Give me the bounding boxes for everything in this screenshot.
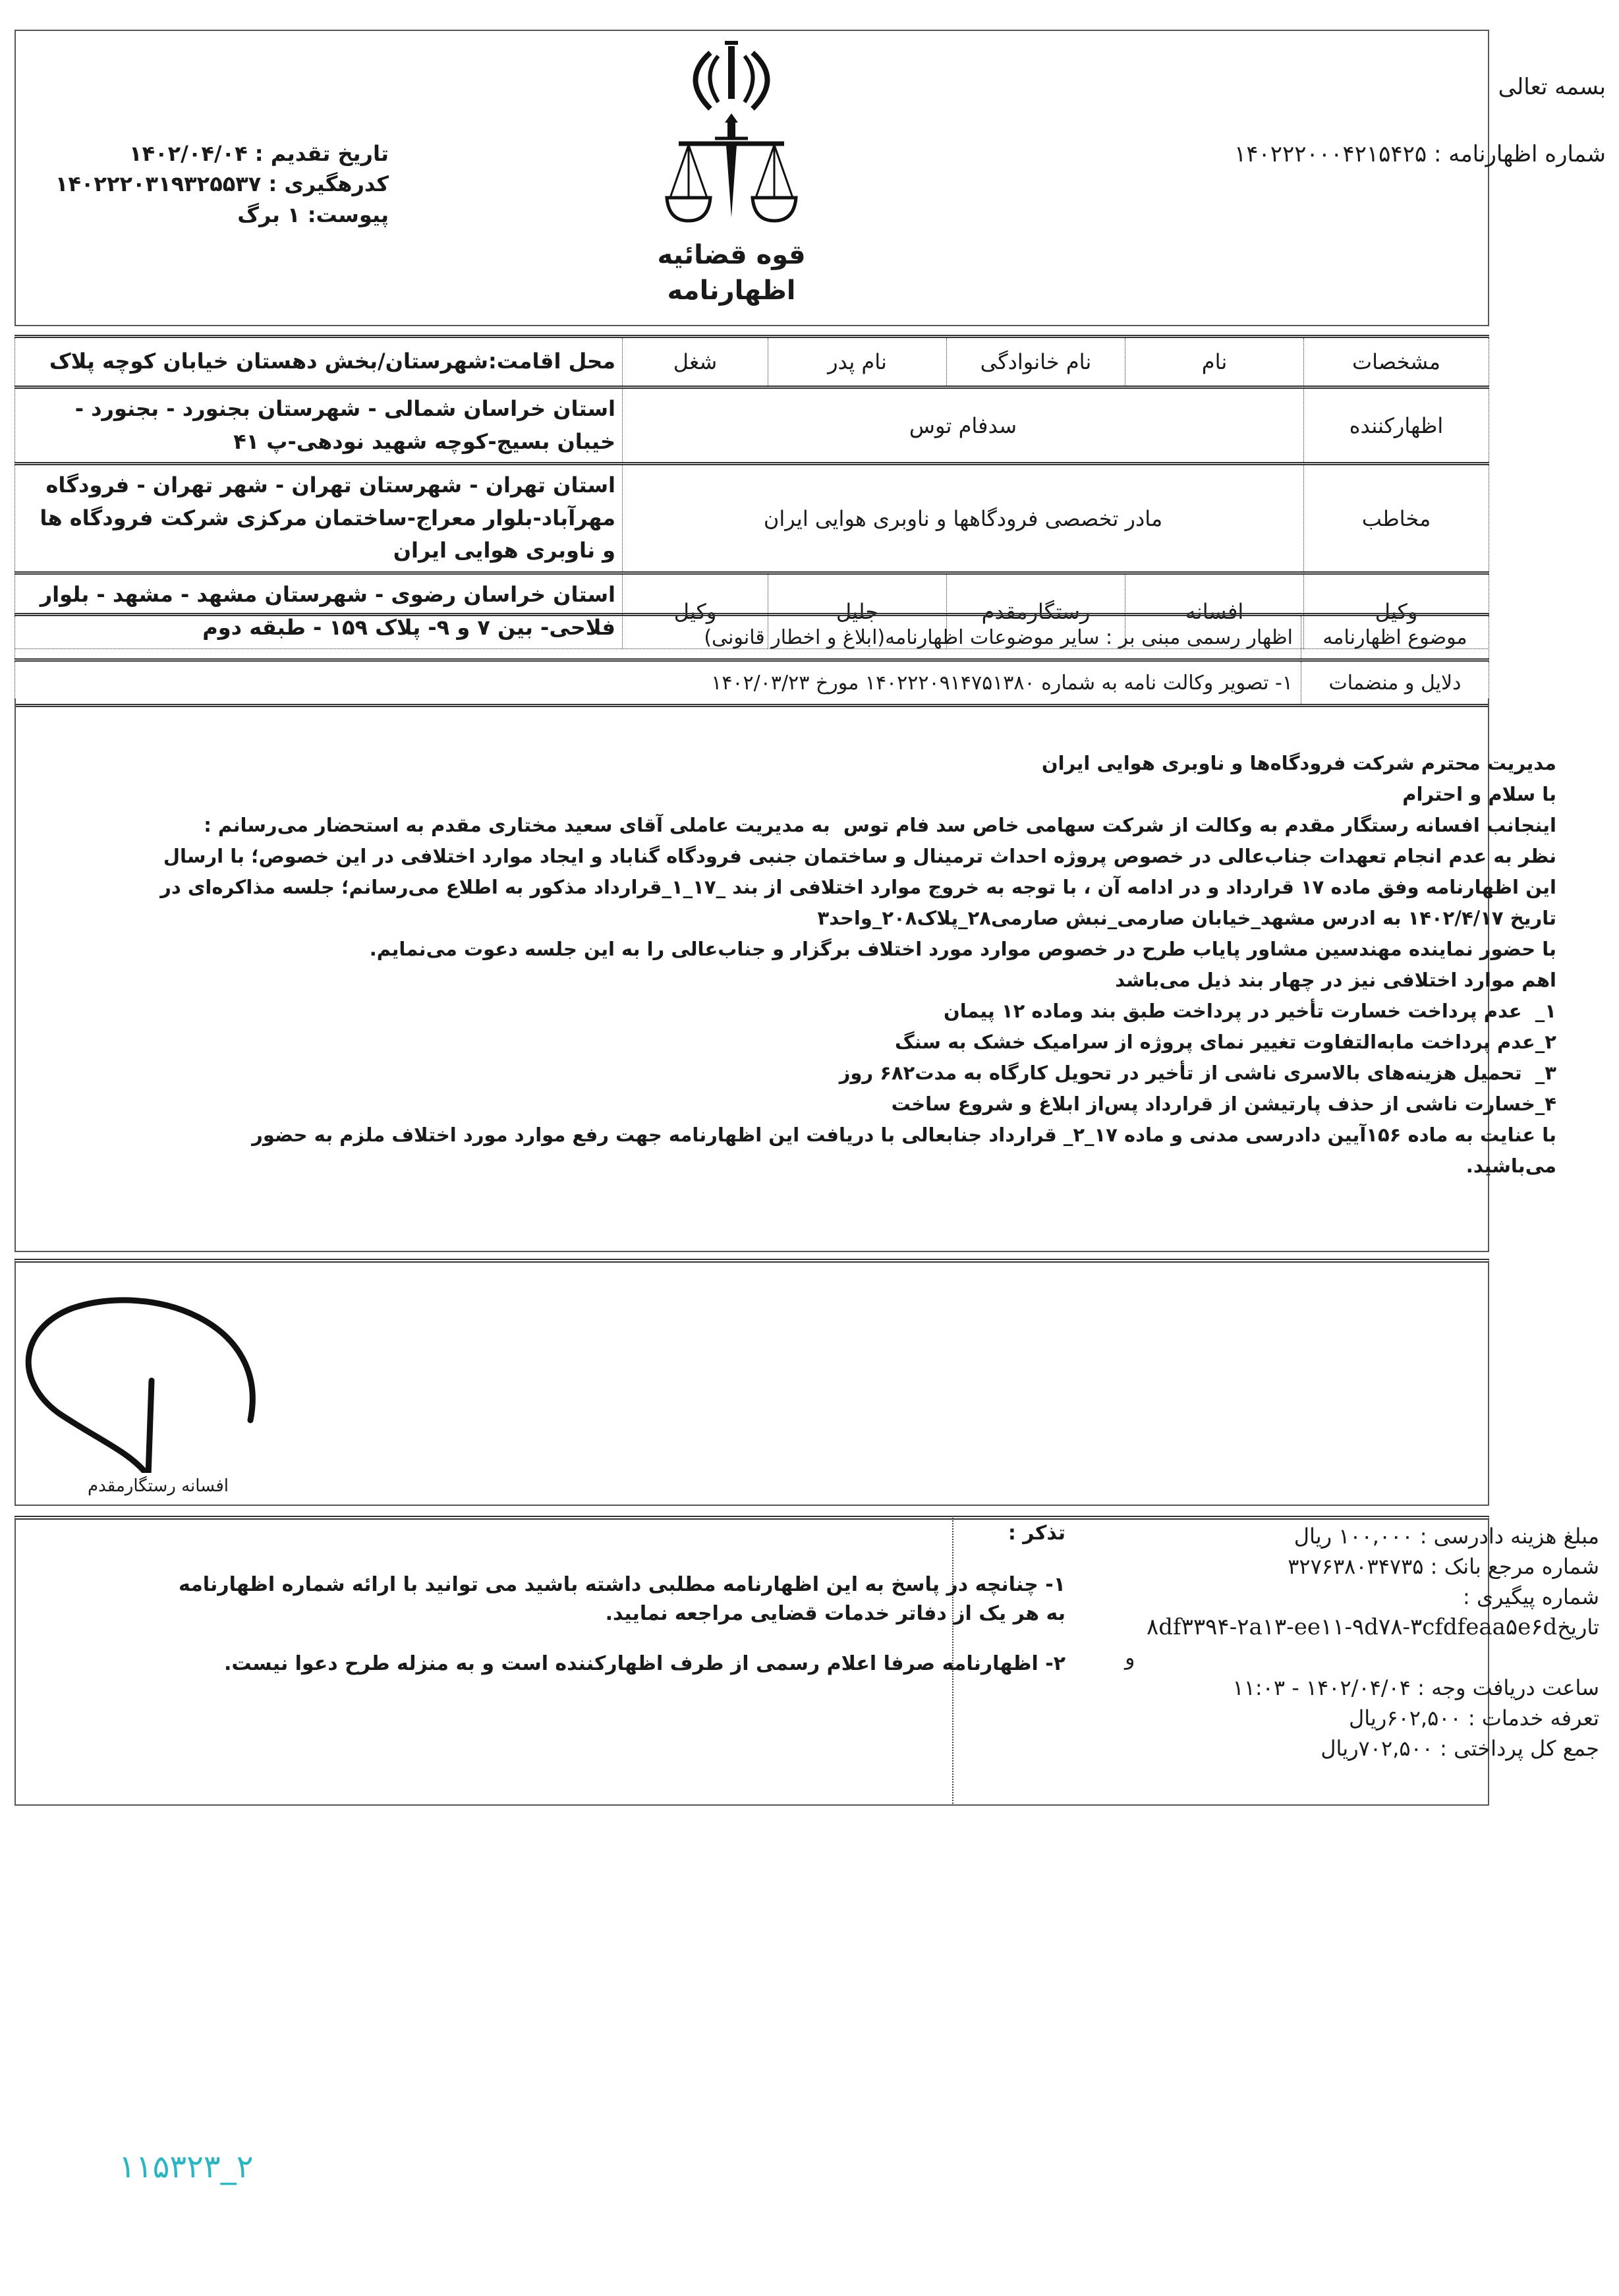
court-fee-value: ۱۰۰,۰۰۰ ریال	[1294, 1524, 1413, 1549]
service-fee-label: تعرفه خدمات :	[1468, 1706, 1599, 1731]
tracking-value: ۸df۳۳۹۴-۲a۱۳-ee۱۱-۹d۷۸-۳cfdfeaa۵e۶d	[1147, 1614, 1557, 1640]
service-fee-value: ۶۰۲,۵۰۰ریال	[1349, 1706, 1462, 1731]
header-left-block: تاریخ تقدیم : ۱۴۰۲/۰۴/۰۴ کدرهگیری : ۱۴۰۲…	[99, 138, 389, 230]
row-address: استان خراسان شمالی - شهرستان بجنورد - بج…	[15, 387, 623, 464]
body-paragraph: مدیریت محترم شرکت فرودگاه‌ها و ناوبری هو…	[159, 748, 1556, 779]
col-header-role: مشخصات	[1304, 337, 1489, 387]
payment-time-value: ۱۴۰۲/۰۴/۰۴ - ۱۱:۰۳	[1233, 1675, 1411, 1700]
col-header-occupation: شغل	[623, 337, 768, 387]
bank-ref-value: ۳۲۷۶۳۸۰۳۴۷۳۵	[1288, 1554, 1423, 1579]
org-name: قوه قضائیه	[626, 237, 837, 273]
court-fee: مبلغ هزینه دادرسی : ۱۰۰,۰۰۰ ریال	[1085, 1521, 1599, 1551]
tracking-code-label: کدرهگیری :	[268, 171, 389, 196]
body-paragraph: با حضور نماینده مهندسین مشاور پایاب طرح …	[159, 934, 1556, 965]
table-row-declarant: اظهارکننده سدفام توس استان خراسان شمالی …	[15, 387, 1489, 464]
payment-time-label: ساعت دریافت وجه :	[1417, 1675, 1599, 1700]
subject-label: موضوع اظهارنامه	[1301, 615, 1489, 660]
total-value: ۷۰۲,۵۰۰ریال	[1321, 1736, 1433, 1761]
subject-table: موضوع اظهارنامه اظهار رسمی مبنی بر : سای…	[14, 613, 1489, 707]
row-address: استان تهران - شهرستان تهران - شهر تهران …	[15, 464, 623, 573]
subject-row: موضوع اظهارنامه اظهار رسمی مبنی بر : سای…	[15, 615, 1489, 660]
body-list-item: ۴_خسارت ناشی از حذف پارتیشن از قرارداد پ…	[159, 1089, 1556, 1120]
body-list-item: ۲_عدم پرداخت مابه‌التفاوت تغییر نمای پرو…	[159, 1027, 1556, 1058]
total-paid: جمع کل پرداختی : ۷۰۲,۵۰۰ریال	[1085, 1733, 1599, 1764]
notice-number-label: شماره اظهارنامه :	[1434, 141, 1606, 167]
parties-header-row: مشخصات نام نام خانوادگی نام پدر شغل محل …	[15, 337, 1489, 387]
row-name: سدفام توس	[623, 387, 1304, 464]
body-paragraph: اهم موارد اختلافی نیز در چهار بند ذیل می…	[159, 965, 1556, 996]
attachment-label: پیوست:	[308, 202, 389, 227]
signature-icon	[20, 1282, 270, 1473]
attachment: پیوست: ۱ برگ	[99, 200, 389, 230]
fees-block: مبلغ هزینه دادرسی : ۱۰۰,۰۰۰ ریال شماره م…	[1085, 1521, 1599, 1764]
doc-title: اظهارنامه	[626, 273, 837, 308]
notice-number-value: ۱۴۰۲۲۲۰۰۰۴۲۱۵۴۲۵	[1234, 141, 1427, 167]
col-header-last-name: نام خانوادگی	[947, 337, 1125, 387]
col-header-address: محل اقامت:شهرستان/بخش دهستان خیابان کوچه…	[15, 337, 623, 387]
note-item: ۲- اظهارنامه صرفا اعلام رسمی از طرف اظها…	[156, 1650, 1065, 1679]
signer-name: افسانه رستگارمقدم	[72, 1476, 244, 1496]
subject-value: اظهار رسمی مبنی بر : سایر موضوعات اظهارن…	[15, 615, 1301, 660]
tracking-suffix: تاریخ	[1557, 1615, 1599, 1640]
row-role: مخاطب	[1304, 464, 1489, 573]
conjunction: و	[1085, 1642, 1599, 1673]
notes-title: تذکر :	[156, 1519, 1065, 1548]
tracking-label: شماره پیگیری :	[1085, 1582, 1599, 1612]
header-title-block: قوه قضائیه اظهارنامه	[626, 237, 837, 308]
row-role: اظهارکننده	[1304, 387, 1489, 464]
submission-date-value: ۱۴۰۲/۰۴/۰۴	[129, 141, 248, 166]
body-paragraph: نظر به عدم انجام تعهدات جناب‌عالی در خصو…	[159, 841, 1556, 934]
body-paragraph: با سلام و احترام	[159, 779, 1556, 810]
row-name: مادر تخصصی فرودگاهها و ناوبری هوایی ایرا…	[623, 464, 1304, 573]
notice-number: شماره اظهارنامه : ۱۴۰۲۲۲۰۰۰۴۲۱۵۴۲۵	[1145, 140, 1606, 169]
court-fee-label: مبلغ هزینه دادرسی :	[1420, 1524, 1599, 1549]
bank-ref: شماره مرجع بانک : ۳۲۷۶۳۸۰۳۴۷۳۵	[1085, 1551, 1599, 1582]
header-right-block: بسمه تعالی شماره اظهارنامه : ۱۴۰۲۲۲۰۰۰۴۲…	[1145, 72, 1606, 207]
parties-table: مشخصات نام نام خانوادگی نام پدر شغل محل …	[14, 335, 1489, 649]
body-list-item: ۱_ عدم پرداخت خسارت تأخیر در پرداخت طبق …	[159, 996, 1556, 1027]
attachment-value: ۱ برگ	[237, 202, 300, 227]
body-list-item: ۳_ تحمیل هزینه‌های بالاسری ناشی از تأخیر…	[159, 1058, 1556, 1089]
tracking-code: کدرهگیری : ۱۴۰۲۲۲۰۳۱۹۳۲۵۵۳۷	[99, 169, 389, 199]
note-item: ۱- چنانچه در پاسخ به این اظهارنامه مطلبی…	[156, 1570, 1065, 1628]
col-header-father-name: نام پدر	[768, 337, 947, 387]
service-fee: تعرفه خدمات : ۶۰۲,۵۰۰ریال	[1085, 1703, 1599, 1733]
body-paragraph: اینجانب افسانه رستگار مقدم به وکالت از ش…	[159, 810, 1556, 841]
col-header-name: نام	[1125, 337, 1304, 387]
submission-date: تاریخ تقدیم : ۱۴۰۲/۰۴/۰۴	[99, 138, 389, 169]
tracking-number: تاریخ۸df۳۳۹۴-۲a۱۳-ee۱۱-۹d۷۸-۳cfdfeaa۵e۶d	[1085, 1612, 1599, 1642]
invocation: بسمه تعالی	[1145, 72, 1606, 101]
notice-body: مدیریت محترم شرکت فرودگاه‌ها و ناوبری هو…	[159, 748, 1556, 1182]
judiciary-emblem-icon	[659, 40, 804, 224]
total-label: جمع کل پرداختی :	[1440, 1736, 1599, 1761]
payment-time: ساعت دریافت وجه : ۱۴۰۲/۰۴/۰۴ - ۱۱:۰۳	[1085, 1673, 1599, 1703]
table-row-addressee: مخاطب مادر تخصصی فرودگاهها و ناوبری هوای…	[15, 464, 1489, 573]
bank-ref-label: شماره مرجع بانک :	[1431, 1554, 1599, 1579]
submission-date-label: تاریخ تقدیم :	[255, 141, 389, 166]
handwritten-note: ۱۱۵۳۲۳_۲	[119, 2148, 253, 2185]
tracking-code-value: ۱۴۰۲۲۲۰۳۱۹۳۲۵۵۳۷	[55, 171, 262, 196]
body-paragraph: با عنایت به ماده ۱۵۶آیین دادرسی مدنی و م…	[159, 1120, 1556, 1182]
notes-block: تذکر : ۱- چنانچه در پاسخ به این اظهارنام…	[156, 1519, 1065, 1700]
